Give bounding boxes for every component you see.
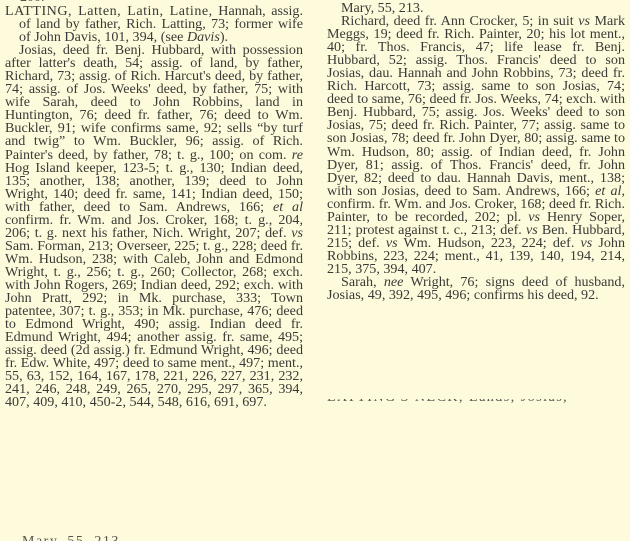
index-page: 200. LATTING, Latten, Latin, Latine, Han… bbox=[0, 0, 630, 541]
entry-richard: Richard, deed fr. Ann Crocker, 5; in sui… bbox=[327, 15, 625, 276]
entry-sarah: Sarah, nee Wright, 76; signs deed of hus… bbox=[327, 276, 625, 302]
entry-latting-hannah: LATTING, Latten, Latin, Latine, Hannah, … bbox=[5, 5, 303, 44]
next-entry-cropped-line: LATTING'S NECK, Lands, Josias, bbox=[327, 399, 597, 403]
right-column: Mary, 55, 213. Richard, deed fr. Ann Cro… bbox=[327, 2, 625, 302]
entry-josias: Josias, deed fr. Benj. Hubbard, with pos… bbox=[5, 44, 303, 409]
left-column: LATTING, Latten, Latin, Latine, Hannah, … bbox=[5, 5, 303, 409]
bottom-cropped-line: Mary, 55, 213. bbox=[22, 536, 172, 541]
